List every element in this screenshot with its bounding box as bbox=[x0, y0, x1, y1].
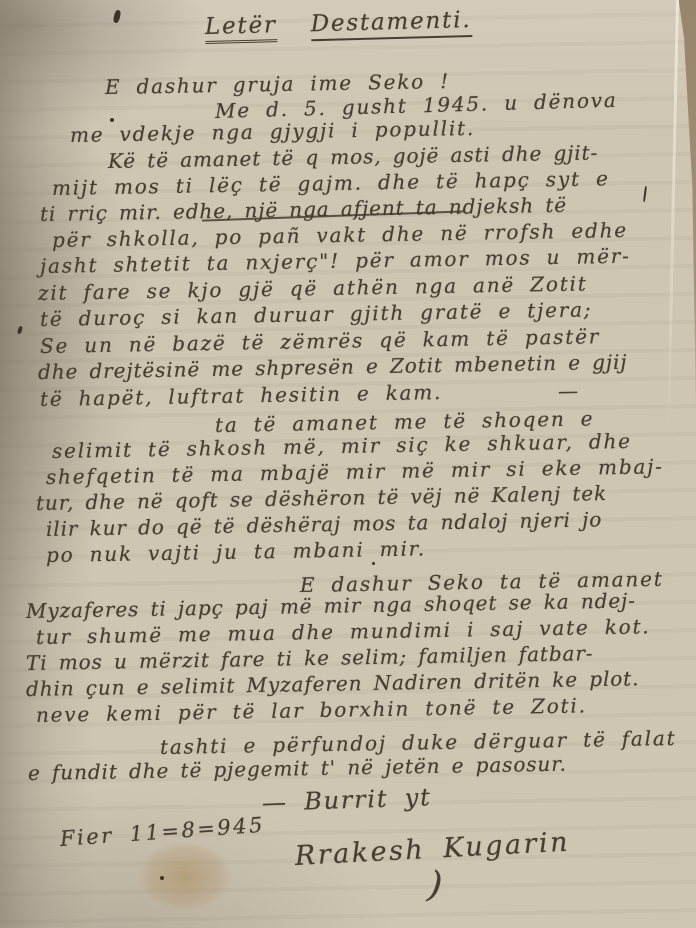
handwriting-dash: — bbox=[558, 380, 580, 402]
ink-speck bbox=[372, 562, 375, 565]
ink-speck bbox=[110, 118, 114, 122]
letter-title: LetërDestamenti. bbox=[205, 9, 472, 38]
letter-photo: LetërDestamenti. E dashur gruja ime Seko… bbox=[0, 0, 696, 928]
title-word-1: Letër bbox=[205, 12, 277, 44]
closing-line: — Burrit yt bbox=[262, 786, 432, 814]
title-word-2: Destamenti. bbox=[310, 7, 471, 41]
ink-speck bbox=[160, 876, 164, 880]
signature-flourish: ) bbox=[427, 874, 445, 898]
